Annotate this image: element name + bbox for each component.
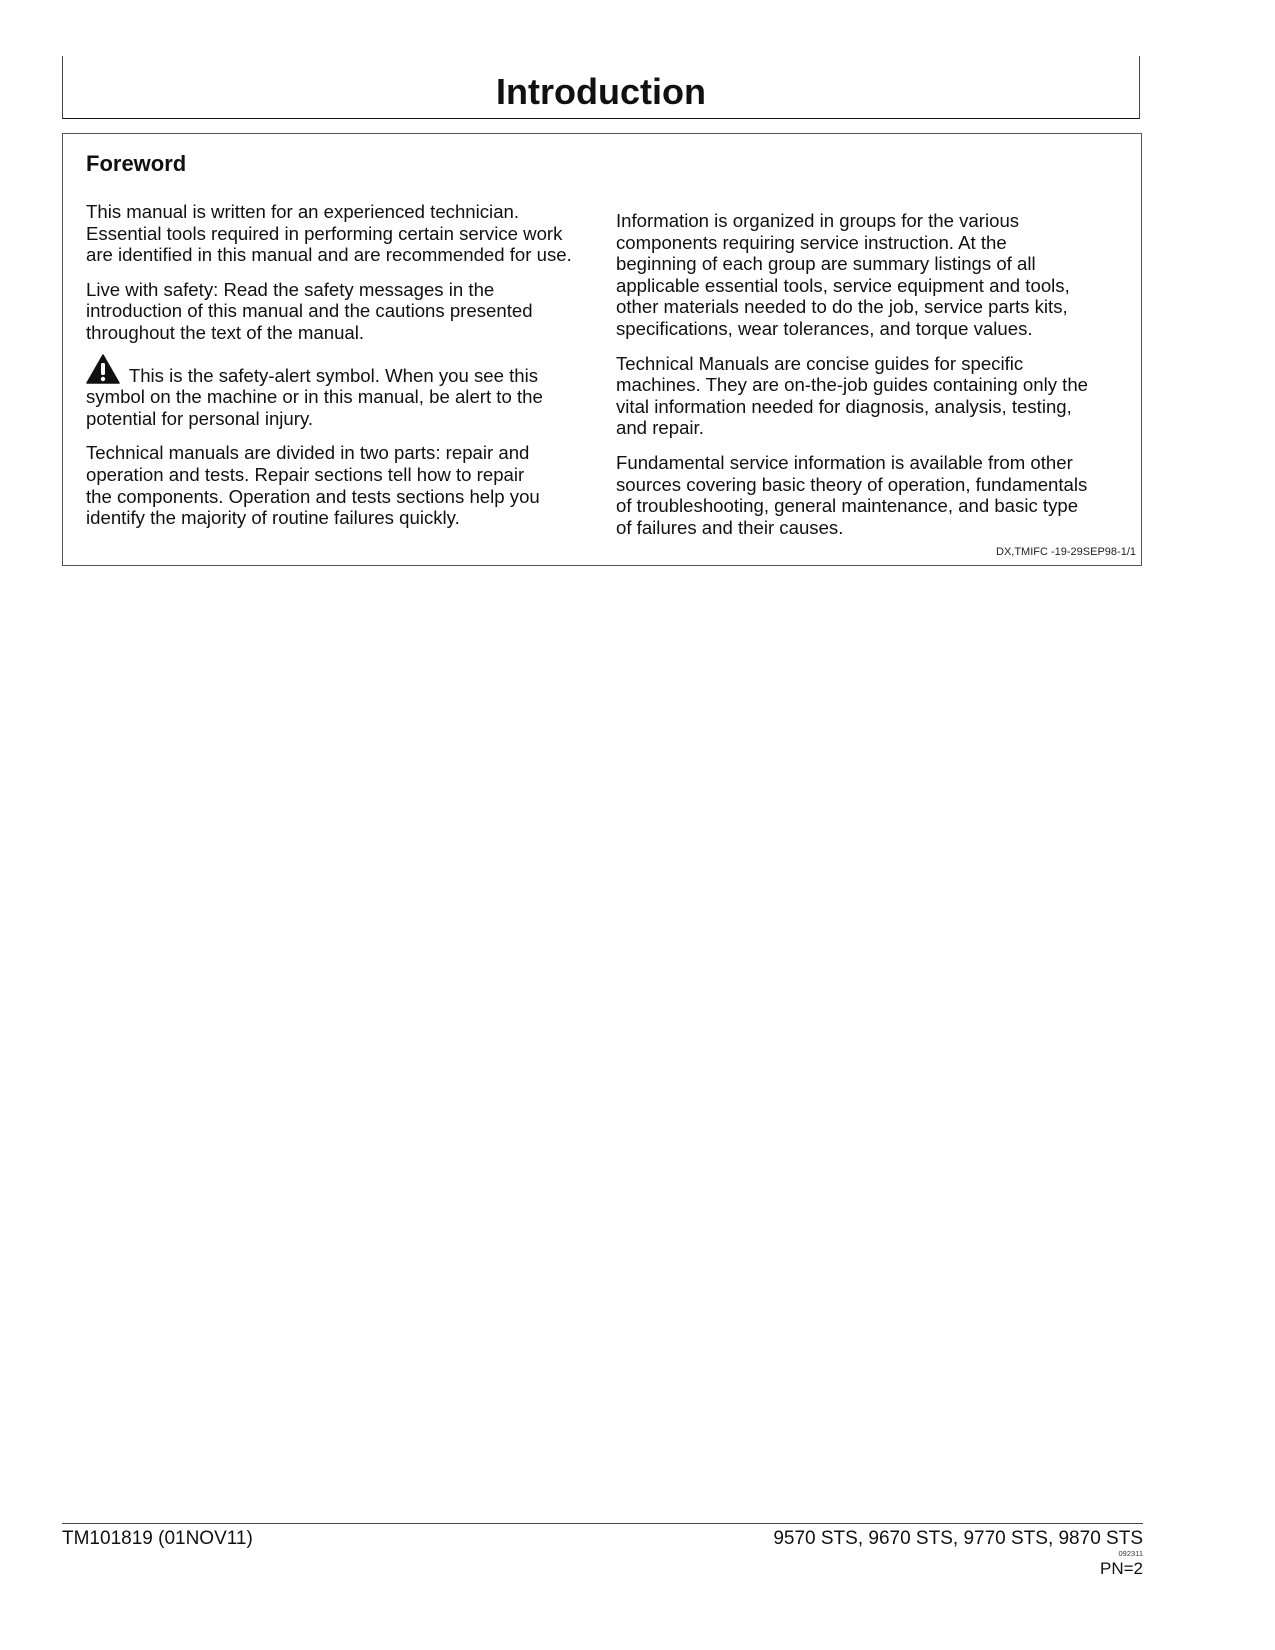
- paragraph: This is the safety-alert symbol. When yo…: [86, 354, 586, 430]
- text-line: and repair.: [616, 417, 1121, 439]
- alert-text: This is the safety-alert symbol. When yo…: [124, 365, 538, 386]
- text-line: identify the majority of routine failure…: [86, 507, 586, 529]
- paragraph: Technical Manuals are concise guides for…: [616, 353, 1121, 439]
- text-line: the components. Operation and tests sect…: [86, 486, 586, 508]
- text-line: This manual is written for an experience…: [86, 201, 586, 223]
- footer-divider: [62, 1523, 1143, 1524]
- paragraph: Live with safety: Read the safety messag…: [86, 279, 586, 344]
- page-header: Introduction: [62, 56, 1140, 119]
- text-line: throughout the text of the manual.: [86, 322, 586, 344]
- text-line: are identified in this manual and are re…: [86, 244, 586, 266]
- text-line: symbol on the machine or in this manual,…: [86, 386, 586, 408]
- text-line: of failures and their causes.: [616, 517, 1121, 539]
- reference-code: DX,TMIFC -19-29SEP98-1/1: [996, 546, 1136, 559]
- text-line: Technical manuals are divided in two par…: [86, 442, 586, 464]
- text-line: other materials needed to do the job, se…: [616, 296, 1121, 318]
- text-line: vital information needed for diagnosis, …: [616, 396, 1121, 418]
- text-line: specifications, wear tolerances, and tor…: [616, 318, 1121, 340]
- text-line: sources covering basic theory of operati…: [616, 474, 1121, 496]
- foreword-section: Foreword This manual is written for an e…: [62, 133, 1142, 566]
- paragraph: Information is organized in groups for t…: [616, 210, 1121, 340]
- text-line: Information is organized in groups for t…: [616, 210, 1121, 232]
- text-line: operation and tests. Repair sections tel…: [86, 464, 586, 486]
- paragraph: Fundamental service information is avail…: [616, 452, 1121, 538]
- text-line: of troubleshooting, general maintenance,…: [616, 495, 1121, 517]
- safety-alert-icon: [86, 354, 120, 384]
- text-line: components requiring service instruction…: [616, 232, 1121, 254]
- paragraph: This manual is written for an experience…: [86, 201, 586, 266]
- text-line: applicable essential tools, service equi…: [616, 275, 1121, 297]
- page-title: Introduction: [63, 72, 1139, 112]
- footer-code: 092311: [1119, 1549, 1143, 1558]
- text-line-with-icon: This is the safety-alert symbol. When yo…: [86, 354, 586, 387]
- text-line: potential for personal injury.: [86, 408, 586, 430]
- manual-id: TM101819 (01NOV11): [62, 1528, 253, 1550]
- page-number: PN=2: [1100, 1559, 1143, 1579]
- left-column: This manual is written for an experience…: [86, 201, 586, 542]
- section-heading: Foreword: [86, 151, 186, 177]
- text-line: Essential tools required in performing c…: [86, 223, 586, 245]
- text-line: Fundamental service information is avail…: [616, 452, 1121, 474]
- text-line: Live with safety: Read the safety messag…: [86, 279, 586, 301]
- right-column: Information is organized in groups for t…: [616, 210, 1121, 551]
- text-line: machines. They are on-the-job guides con…: [616, 374, 1121, 396]
- text-line: beginning of each group are summary list…: [616, 253, 1121, 275]
- text-line: introduction of this manual and the caut…: [86, 300, 586, 322]
- model-list: 9570 STS, 9670 STS, 9770 STS, 9870 STS: [773, 1528, 1143, 1550]
- text-line: Technical Manuals are concise guides for…: [616, 353, 1121, 375]
- paragraph: Technical manuals are divided in two par…: [86, 442, 586, 528]
